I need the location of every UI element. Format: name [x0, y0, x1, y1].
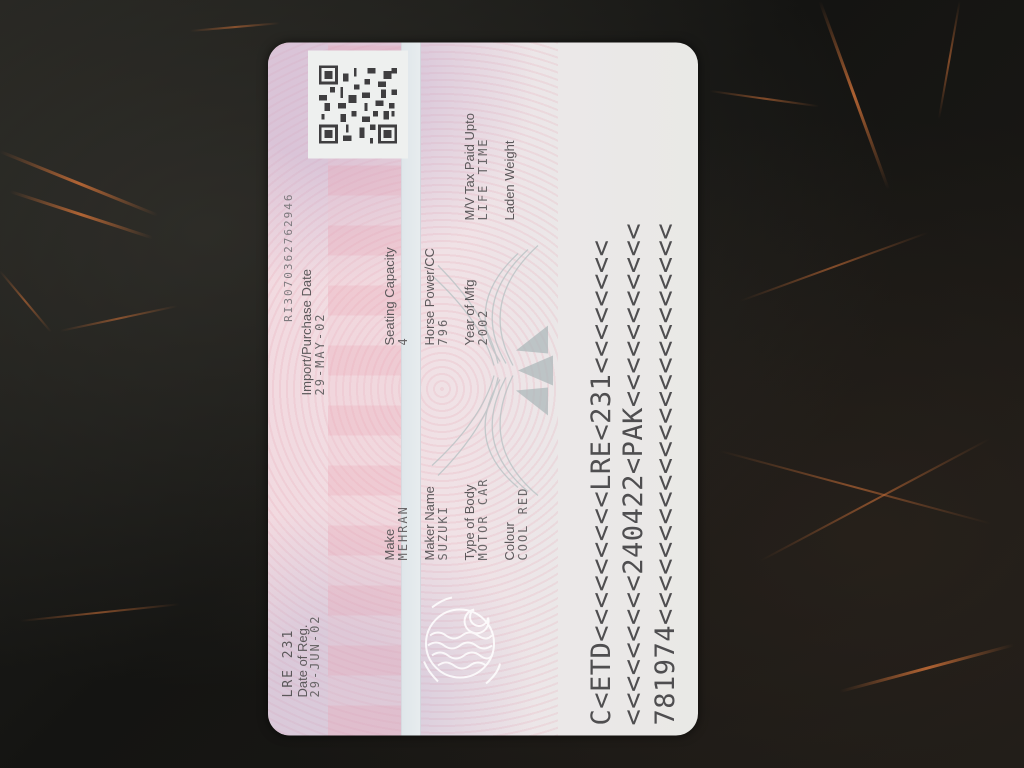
mrz-line-2: <<<<<<<<<240422<PAK<<<<<<<<<<< — [618, 52, 650, 725]
import-purchase-date-field: Import/Purchase Date 29-MAY-02 — [300, 269, 326, 395]
mv-tax-field: M/V Tax Paid Upto LIFE TIME — [463, 113, 489, 220]
make-field: Make MEHRAN — [383, 505, 409, 560]
date-of-reg-label: Date of Reg. — [296, 614, 310, 697]
make-value: MEHRAN — [397, 505, 410, 560]
crescent-star-hologram-emblem — [408, 585, 508, 695]
seating-capacity-value: 4 — [397, 247, 410, 345]
marble-vein — [819, 1, 890, 190]
marble-vein — [710, 90, 819, 107]
colour-value: COOL RED — [517, 486, 530, 560]
maker-name-field: Maker Name SUZUKI — [423, 486, 449, 560]
mv-tax-value: LIFE TIME — [477, 113, 490, 220]
year-of-mfg-label: Year of Mfg — [463, 279, 477, 345]
colour-field: Colour COOL RED — [503, 486, 529, 560]
date-of-reg-value: 29-JUN-02 — [309, 614, 322, 697]
horse-power-field: Horse Power/CC 796 — [423, 247, 449, 345]
mrz-line-3: 781974<<<<<<<<<<<<<<<<<<<<<<<< — [650, 52, 682, 725]
vehicle-registration-card: RI3070362762946 LRE — [268, 42, 698, 735]
machine-readable-zone: C<ETD<<<<<<<<<LRE<231<<<<<<<<<<<<<<<<<24… — [586, 52, 682, 725]
laden-weight-field: Laden Weight — [503, 140, 517, 220]
card-serial-number: RI3070362762946 — [282, 192, 295, 321]
mv-tax-label: M/V Tax Paid Upto — [463, 113, 477, 220]
mrz-line-1: C<ETD<<<<<<<<<LRE<231<<<<<<<< — [586, 52, 618, 725]
marble-vein — [10, 190, 154, 239]
horse-power-label: Horse Power/CC — [423, 247, 437, 345]
marble-vein — [840, 643, 1015, 692]
year-of-mfg-field: Year of Mfg 2002 — [463, 279, 489, 345]
seating-capacity-field: Seating Capacity 4 — [383, 247, 409, 345]
type-of-body-label: Type of Body — [463, 477, 477, 560]
type-of-body-field: Type of Body MOTOR CAR — [463, 477, 489, 560]
horse-power-value: 796 — [437, 247, 450, 345]
laden-weight-label: Laden Weight — [503, 140, 517, 220]
marble-vein — [20, 603, 179, 621]
marble-vein — [0, 270, 52, 332]
marble-vein — [938, 1, 960, 119]
marble-vein — [720, 450, 991, 524]
maker-name-value: SUZUKI — [437, 486, 450, 560]
year-of-mfg-value: 2002 — [477, 279, 490, 345]
import-purchase-date-value: 29-MAY-02 — [314, 269, 327, 395]
maker-name-label: Maker Name — [423, 486, 437, 560]
marble-vein — [60, 305, 178, 331]
marble-vein — [740, 232, 928, 302]
registration-number-field: LRE 231 Date of Reg. 29-JUN-02 — [282, 614, 322, 697]
make-label: Make — [383, 505, 397, 560]
marble-vein — [0, 150, 158, 216]
marble-vein — [190, 22, 280, 31]
registration-number: LRE 231 — [282, 614, 296, 697]
type-of-body-value: MOTOR CAR — [477, 477, 490, 560]
marble-vein — [760, 438, 990, 561]
import-purchase-date-label: Import/Purchase Date — [300, 269, 314, 395]
registration-card-wrapper: RI3070362762946 LRE — [268, 42, 698, 735]
colour-label: Colour — [503, 486, 517, 560]
qr-code-icon — [308, 50, 408, 158]
seating-capacity-label: Seating Capacity — [383, 247, 397, 345]
